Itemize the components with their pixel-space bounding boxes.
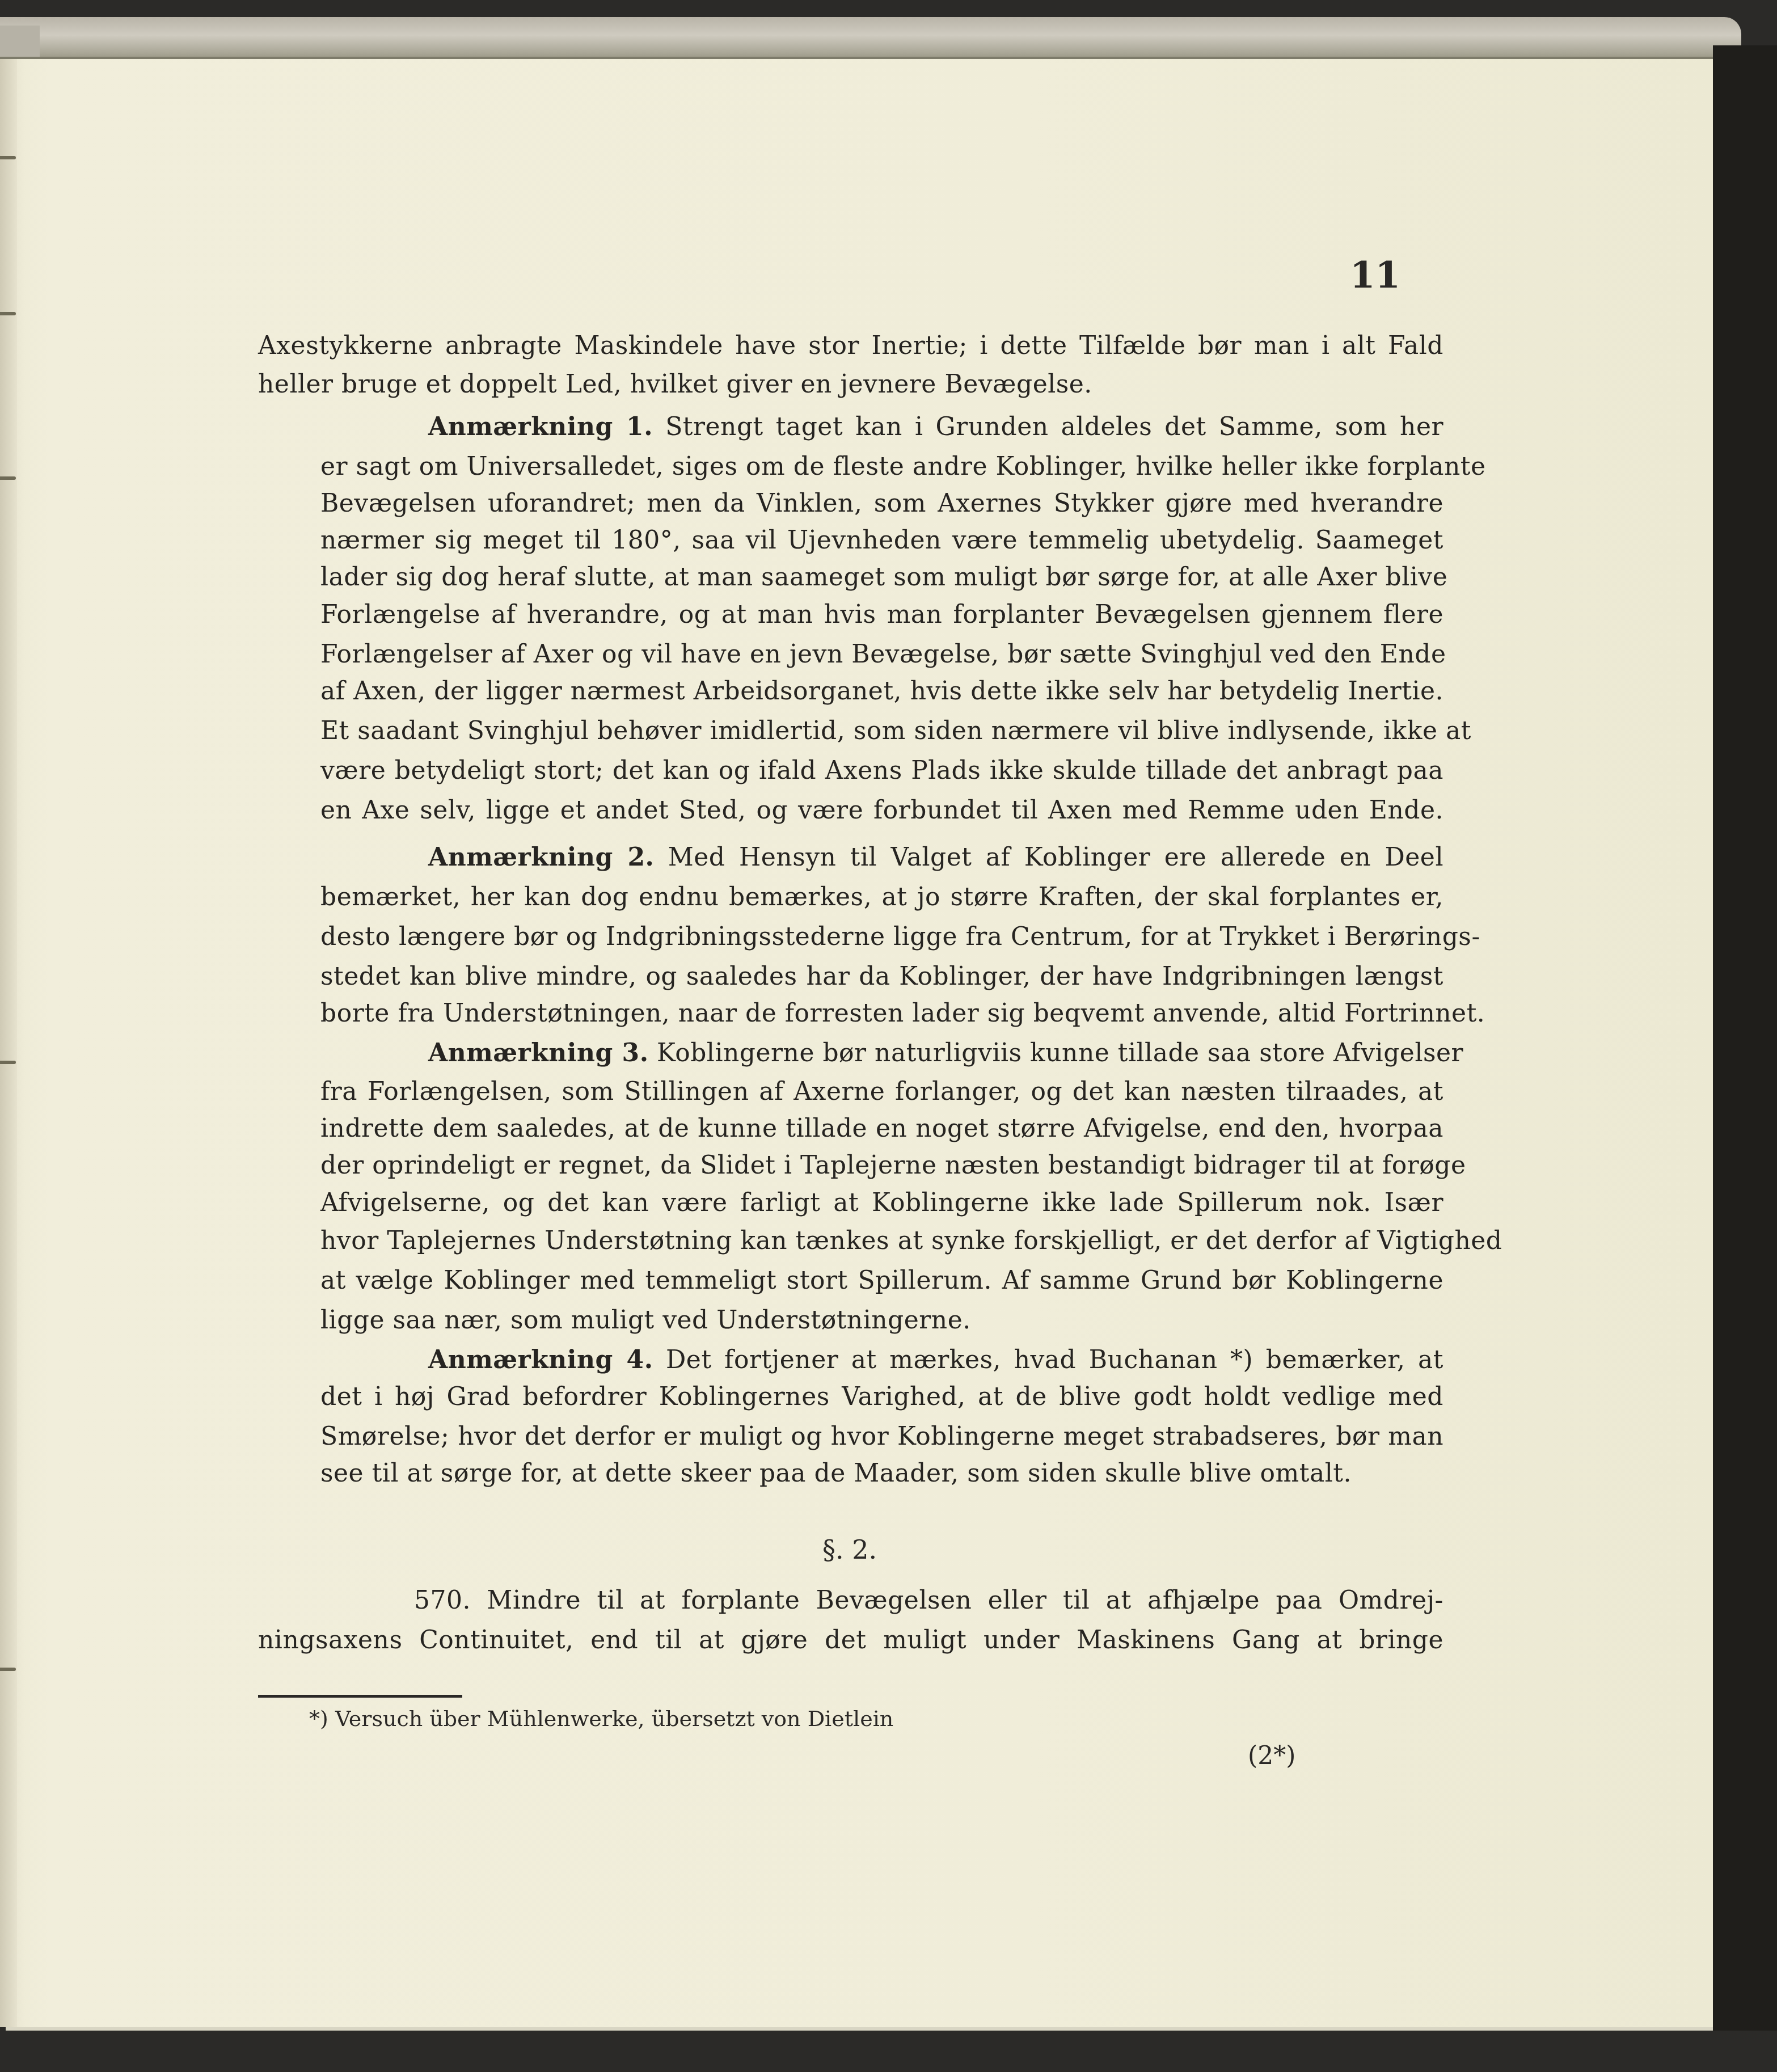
binding-thread-mark	[0, 156, 16, 159]
binding-thread-mark	[0, 1061, 16, 1064]
note-text-line: en Axe selv, ligge et andet Sted, og vær…	[320, 798, 1443, 823]
note-text-line: være betydeligt stort; det kan og ifald …	[320, 758, 1443, 783]
note-text-line: indrette dem saaledes, at de kunne tilla…	[320, 1116, 1443, 1141]
note-text-line: Bevægelsen uforandret; men da Vinklen, s…	[320, 491, 1443, 516]
note-text-line: der oprindeligt er regnet, da Slidet i T…	[320, 1153, 1443, 1178]
page-gutter	[0, 59, 17, 2027]
body-text-line: heller bruge et doppelt Led, hvilket giv…	[258, 372, 1092, 397]
body-text-line: Axestykkerne anbragte Maskindele have st…	[258, 334, 1443, 358]
page-top-edge	[0, 57, 1713, 59]
note-text-line: lader sig dog heraf slutte, at man saame…	[320, 565, 1443, 590]
note-text: Strengt taget kan i Grunden aldeles det …	[665, 412, 1443, 441]
paragraph-570-line: 570. Mindre til at forplante Bevægelsen …	[414, 1588, 1443, 1613]
note-text-line: Forlængelser af Axer og vil have en jevn…	[320, 642, 1443, 667]
book-cover-corner	[0, 26, 40, 60]
note-label: Anmærkning 4.	[428, 1345, 653, 1374]
note-text: Det fortjener at mærkes, hvad Buchanan *…	[666, 1345, 1443, 1374]
note-text-line: ligge saa nær, som muligt ved Understøtn…	[320, 1308, 971, 1333]
note-label: Anmærkning 1.	[428, 412, 653, 441]
printer-signature: (2*)	[1248, 1741, 1295, 1770]
note-text-line: er sagt om Universalledet, siges om de f…	[320, 454, 1443, 479]
note-text-line: Smørelse; hvor det derfor er muligt og h…	[320, 1424, 1443, 1449]
note-first-line: Anmærkning 2. Med Hensyn til Valget af K…	[428, 845, 1443, 870]
book-cover-right-edge	[1713, 45, 1777, 2031]
note-text-line: nærmer sig meget til 180°, saa vil Ujevn…	[320, 528, 1443, 553]
note-first-line: Anmærkning 3. Koblingerne bør naturligvi…	[428, 1041, 1443, 1066]
note-label: Anmærkning 2.	[428, 843, 654, 872]
binding-thread-mark	[0, 476, 16, 480]
note-label: Anmærkning 3.	[428, 1039, 648, 1067]
footnote-rule	[258, 1695, 462, 1698]
book-cover-top-board	[0, 17, 1741, 62]
note-text-line: bemærket, her kan dog endnu bemærkes, at…	[320, 885, 1443, 910]
footnote: *) Versuch über Mühlenwerke, übersetzt v…	[309, 1706, 893, 1731]
note-first-line: Anmærkning 4. Det fortjener at mærkes, h…	[428, 1348, 1443, 1373]
note-text-line: borte fra Understøtningen, naar de forre…	[320, 1001, 1443, 1026]
note-text: Koblingerne bør naturligviis kunne tilla…	[657, 1039, 1463, 1067]
note-text: Med Hensyn til Valget af Koblinger ere a…	[668, 843, 1443, 872]
note-text-line: at vælge Koblinger med temmeligt stort S…	[320, 1268, 1443, 1293]
note-text-line: Forlængelse af hverandre, og at man hvis…	[320, 602, 1443, 627]
section-heading: §. 2.	[822, 1534, 877, 1565]
note-text-line: hvor Taplejernes Understøtning kan tænke…	[320, 1229, 1443, 1254]
note-text-line: af Axen, der ligger nærmest Arbeidsorgan…	[320, 679, 1443, 704]
note-text-line: det i høj Grad befordrer Koblingernes Va…	[320, 1385, 1443, 1410]
page-number: 11	[1350, 254, 1400, 297]
note-text-line: see til at sørge for, at dette skeer paa…	[320, 1461, 1352, 1486]
note-text-line: Afvigelserne, og det kan være farligt at…	[320, 1191, 1443, 1216]
binding-thread-mark	[0, 1668, 16, 1671]
note-text-line: desto længere bør og Indgribningsstedern…	[320, 925, 1443, 950]
binding-thread-mark	[0, 312, 16, 315]
note-first-line: Anmærkning 1. Strengt taget kan i Grunde…	[428, 415, 1443, 440]
note-text-line: stedet kan blive mindre, og saaledes har…	[320, 964, 1443, 989]
note-text-line: Et saadant Svinghjul behøver imidlertid,…	[320, 719, 1443, 744]
paragraph-570-line: ningsaxens Continuitet, end til at gjøre…	[258, 1628, 1443, 1653]
note-text-line: fra Forlængelsen, som Stillingen af Axer…	[320, 1079, 1443, 1104]
